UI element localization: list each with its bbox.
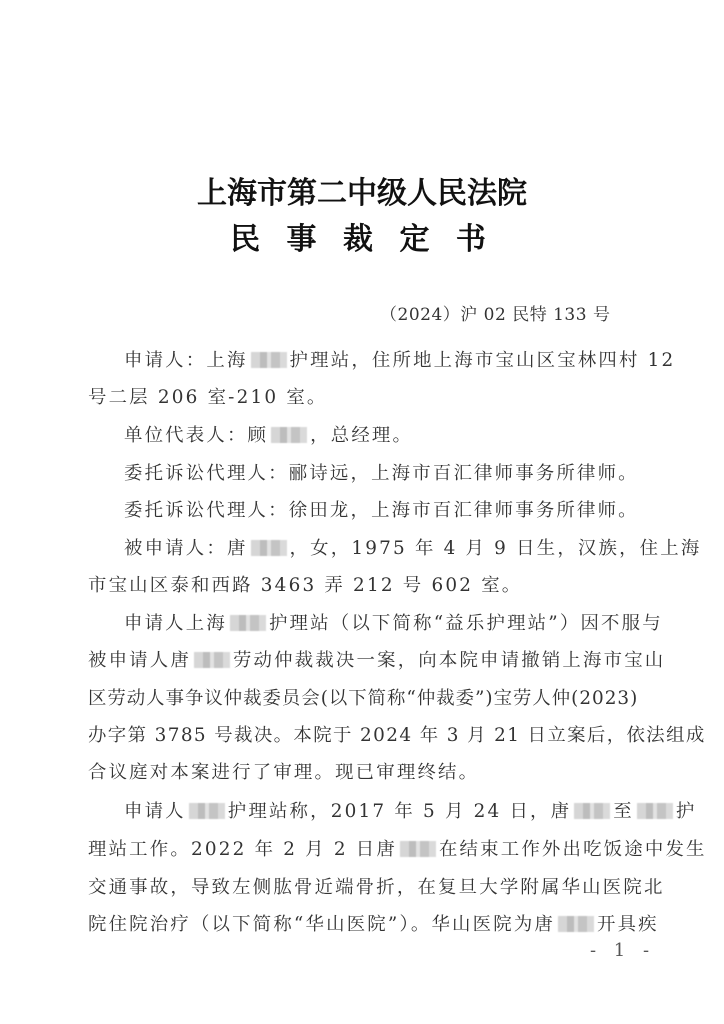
- text-segment: 护: [676, 801, 697, 822]
- text-segment: 合议庭对本案进行了审理。现已审理终结。: [88, 762, 479, 783]
- claim-line-1: 申请人护理站称，2017 年 5 月 24 日，唐至护: [124, 800, 636, 824]
- text-segment: 区劳动人事争议仲裁委员会(以下简称“仲裁委”)宝劳人仲(2023): [88, 688, 638, 709]
- text-segment: 交通事故，导致左侧肱骨近端骨折，在复旦大学附属华山医院北: [88, 877, 665, 898]
- respondent-line-2: 市宝山区泰和西路 3463 弄 212 号 602 室。: [88, 574, 636, 598]
- redacted-name-block: [189, 803, 225, 819]
- redacted-name-block: [251, 540, 287, 556]
- text-segment: ，女，1975 年 4 月 9 日生，汉族，住上海: [290, 538, 702, 559]
- redacted-name-block: [400, 841, 436, 857]
- respondent-line-1: 被申请人：唐，女，1975 年 4 月 9 日生，汉族，住上海: [124, 537, 636, 561]
- claim-line-2: 理站工作。2022 年 2 月 2 日唐在结束工作外出吃饭途中发生: [88, 838, 636, 862]
- claim-line-3: 交通事故，导致左侧肱骨近端骨折，在复旦大学附属华山医院北: [88, 876, 636, 900]
- text-segment: 在结束工作外出吃饭途中发生: [439, 839, 707, 860]
- text-segment: 号二层 206 室-210 室。: [88, 387, 328, 408]
- redacted-name-block: [558, 916, 594, 932]
- agent-line-1: 委托诉讼代理人：郦诗远，上海市百汇律师事务所律师。: [124, 462, 636, 486]
- text-segment: 市宝山区泰和西路 3463 弄 212 号 602 室。: [88, 575, 522, 596]
- applicant-line-1: 申请人：上海护理站，住所地上海市宝山区宝林四村 12: [124, 349, 636, 373]
- redacted-name-block: [271, 427, 307, 443]
- text-segment: 劳动仲裁裁决一案，向本院申请撤销上海市宝山: [233, 650, 665, 671]
- case-intro-line-3: 区劳动人事争议仲裁委员会(以下简称“仲裁委”)宝劳人仲(2023): [88, 687, 636, 711]
- text-segment: 被申请人唐: [88, 650, 191, 671]
- page-number: - 1 -: [590, 940, 655, 961]
- redacted-name-block: [194, 652, 230, 668]
- court-name: 上海市第二中级人民法院: [0, 168, 724, 212]
- agent-line-2: 委托诉讼代理人：徐田龙，上海市百汇律师事务所律师。: [124, 499, 636, 523]
- text-segment: 至: [613, 801, 634, 822]
- redacted-name-block: [574, 803, 610, 819]
- redacted-name-block: [637, 803, 673, 819]
- text-segment: 委托诉讼代理人：徐田龙，上海市百汇律师事务所律师。: [124, 500, 639, 521]
- text-segment: 开具疾: [597, 914, 659, 935]
- document-type-title: 民 事 裁 定 书: [0, 214, 724, 258]
- claim-line-4: 院住院治疗（以下简称“华山医院”）。华山医院为唐开具疾: [88, 913, 636, 937]
- case-intro-line-4: 办字第 3785 号裁决。本院于 2024 年 3 月 21 日立案后，依法组成: [88, 724, 636, 748]
- applicant-line-2: 号二层 206 室-210 室。: [88, 386, 636, 410]
- text-segment: 办字第 3785 号裁决。本院于 2024 年 3 月 21 日立案后，依法组成: [88, 725, 706, 746]
- text-segment: ，总经理。: [310, 425, 413, 446]
- case-intro-line-2: 被申请人唐劳动仲裁裁决一案，向本院申请撤销上海市宝山: [88, 649, 636, 673]
- text-segment: 申请人上海: [124, 613, 227, 634]
- text-segment: 申请人：上海: [124, 350, 248, 371]
- case-intro-line-5: 合议庭对本案进行了审理。现已审理终结。: [88, 761, 636, 785]
- redacted-name-block: [230, 615, 266, 631]
- text-segment: 理站工作。2022 年 2 月 2 日唐: [88, 839, 397, 860]
- representative-line: 单位代表人：顾，总经理。: [124, 424, 636, 448]
- text-segment: 委托诉讼代理人：郦诗远，上海市百汇律师事务所律师。: [124, 463, 639, 484]
- redacted-name-block: [251, 352, 287, 368]
- text-segment: 护理站称，2017 年 5 月 24 日，唐: [228, 801, 571, 822]
- case-intro-line-1: 申请人上海护理站（以下简称“益乐护理站”）因不服与: [124, 612, 636, 636]
- text-segment: 护理站（以下简称“益乐护理站”）因不服与: [269, 613, 663, 634]
- document-page: 上海市第二中级人民法院 民 事 裁 定 书 （2024）沪 02 民特 133 …: [0, 0, 724, 1024]
- text-segment: 被申请人：唐: [124, 538, 248, 559]
- text-segment: 院住院治疗（以下简称“华山医院”）。华山医院为唐: [88, 914, 555, 935]
- text-segment: 护理站，住所地上海市宝山区宝林四村 12: [290, 350, 676, 371]
- case-number: （2024）沪 02 民特 133 号: [380, 300, 610, 325]
- text-segment: 单位代表人：顾: [124, 425, 268, 446]
- text-segment: 申请人: [124, 801, 186, 822]
